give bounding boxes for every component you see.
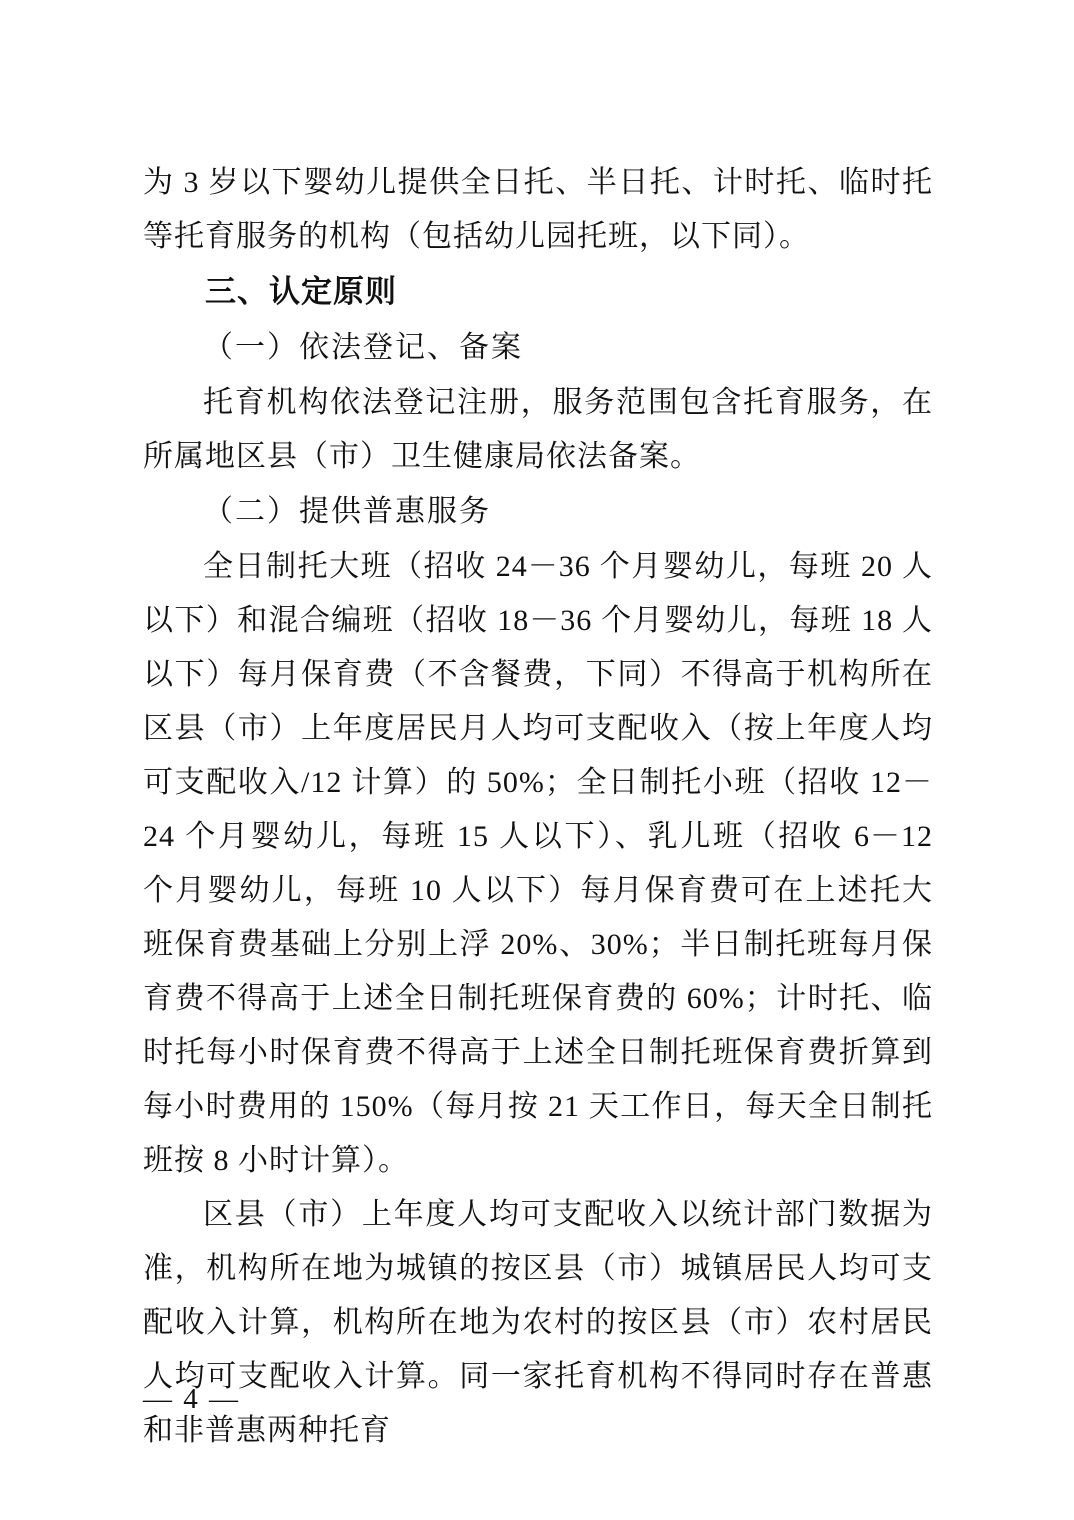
section-heading-3: 三、认定原则 <box>143 264 933 320</box>
document-page: 为 3 岁以下婴幼儿提供全日托、半日托、计时托、临时托等托育服务的机构（包括幼儿… <box>0 0 1074 1520</box>
subsection-heading-2: （二）提供普惠服务 <box>143 484 933 540</box>
paragraph-income-basis: 区县（市）上年度人均可支配收入以统计部门数据为准，机构所在地为城镇的按区县（市）… <box>143 1188 933 1458</box>
paragraph-registration: 托育机构依法登记注册，服务范围包含托育服务，在所属地区县（市）卫生健康局依法备案… <box>143 376 933 484</box>
document-body: 为 3 岁以下婴幼儿提供全日托、半日托、计时托、临时托等托育服务的机构（包括幼儿… <box>143 156 933 1458</box>
paragraph-pricing: 全日制托大班（招收 24－36 个月婴幼儿，每班 20 人以下）和混合编班（招收… <box>143 540 933 1188</box>
page-number: — 4 — <box>143 1382 240 1416</box>
paragraph-continuation: 为 3 岁以下婴幼儿提供全日托、半日托、计时托、临时托等托育服务的机构（包括幼儿… <box>143 156 933 264</box>
subsection-heading-1: （一）依法登记、备案 <box>143 320 933 376</box>
